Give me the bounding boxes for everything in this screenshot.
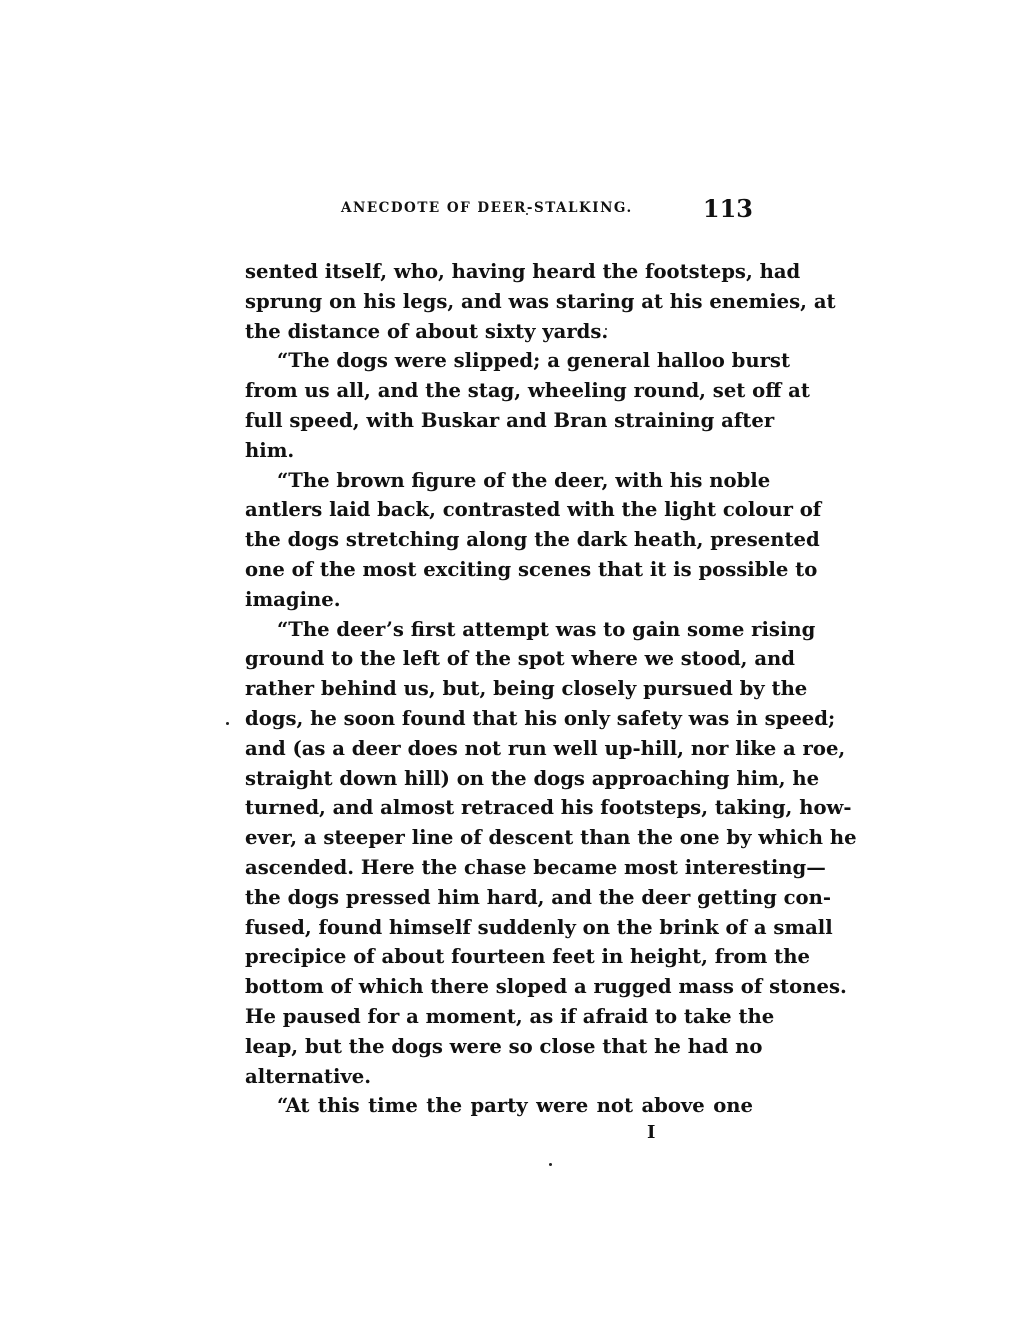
text-line: straight down hill) on the dogs approach…	[245, 764, 753, 794]
running-head: ANECDOTE OF DEER-STALKING. 113	[245, 194, 753, 224]
print-speck	[526, 213, 528, 215]
text-line: imagine.	[245, 585, 753, 615]
text-line: the dogs pressed him hard, and the deer …	[245, 883, 753, 913]
text-line: sented itself, who, having heard the foo…	[245, 257, 753, 287]
text-line: the distance of about sixty yards.	[245, 317, 753, 347]
text-line: alternative.	[245, 1062, 753, 1092]
text-line: full speed, with Buskar and Bran straini…	[245, 406, 753, 436]
text-line: and (as a deer does not run well up-hill…	[245, 734, 753, 764]
text-line: the dogs stretching along the dark heath…	[245, 525, 753, 555]
text-line: “The brown figure of the deer, with his …	[245, 466, 753, 496]
text-line: him.	[245, 436, 753, 466]
text-line: turned, and almost retraced his footstep…	[245, 793, 753, 823]
print-speck	[549, 1163, 552, 1166]
print-speck	[605, 328, 607, 330]
text-line: “At this time the party were not above o…	[245, 1091, 753, 1121]
text-line: from us all, and the stag, wheeling roun…	[245, 376, 753, 406]
text-line: rather behind us, but, being closely pur…	[245, 674, 753, 704]
page-number: 113	[703, 194, 753, 223]
chapter-title: ANECDOTE OF DEER-STALKING.	[341, 200, 633, 216]
book-page: ANECDOTE OF DEER-STALKING. 113 sented it…	[0, 0, 1033, 1339]
text-line: ground to the left of the spot where we …	[245, 644, 753, 674]
signature-mark: I	[647, 1122, 655, 1143]
text-line: leap, but the dogs were so close that he…	[245, 1032, 753, 1062]
text-line: antlers laid back, contrasted with the l…	[245, 495, 753, 525]
text-line: sprung on his legs, and was staring at h…	[245, 287, 753, 317]
text-line: one of the most exciting scenes that it …	[245, 555, 753, 585]
text-line: “The deer’s first attempt was to gain so…	[245, 615, 753, 645]
text-line: ever, a steeper line of descent than the…	[245, 823, 753, 853]
text-line: He paused for a moment, as if afraid to …	[245, 1002, 753, 1032]
text-line: fused, found himself suddenly on the bri…	[245, 913, 753, 943]
print-speck	[226, 722, 229, 725]
text-line: bottom of which there sloped a rugged ma…	[245, 972, 753, 1002]
body-text: sented itself, who, having heard the foo…	[245, 257, 753, 1121]
text-line: precipice of about fourteen feet in heig…	[245, 942, 753, 972]
text-line: dogs, he soon found that his only safety…	[245, 704, 753, 734]
text-line: ascended. Here the chase became most int…	[245, 853, 753, 883]
text-line: “The dogs were slipped; a general halloo…	[245, 346, 753, 376]
